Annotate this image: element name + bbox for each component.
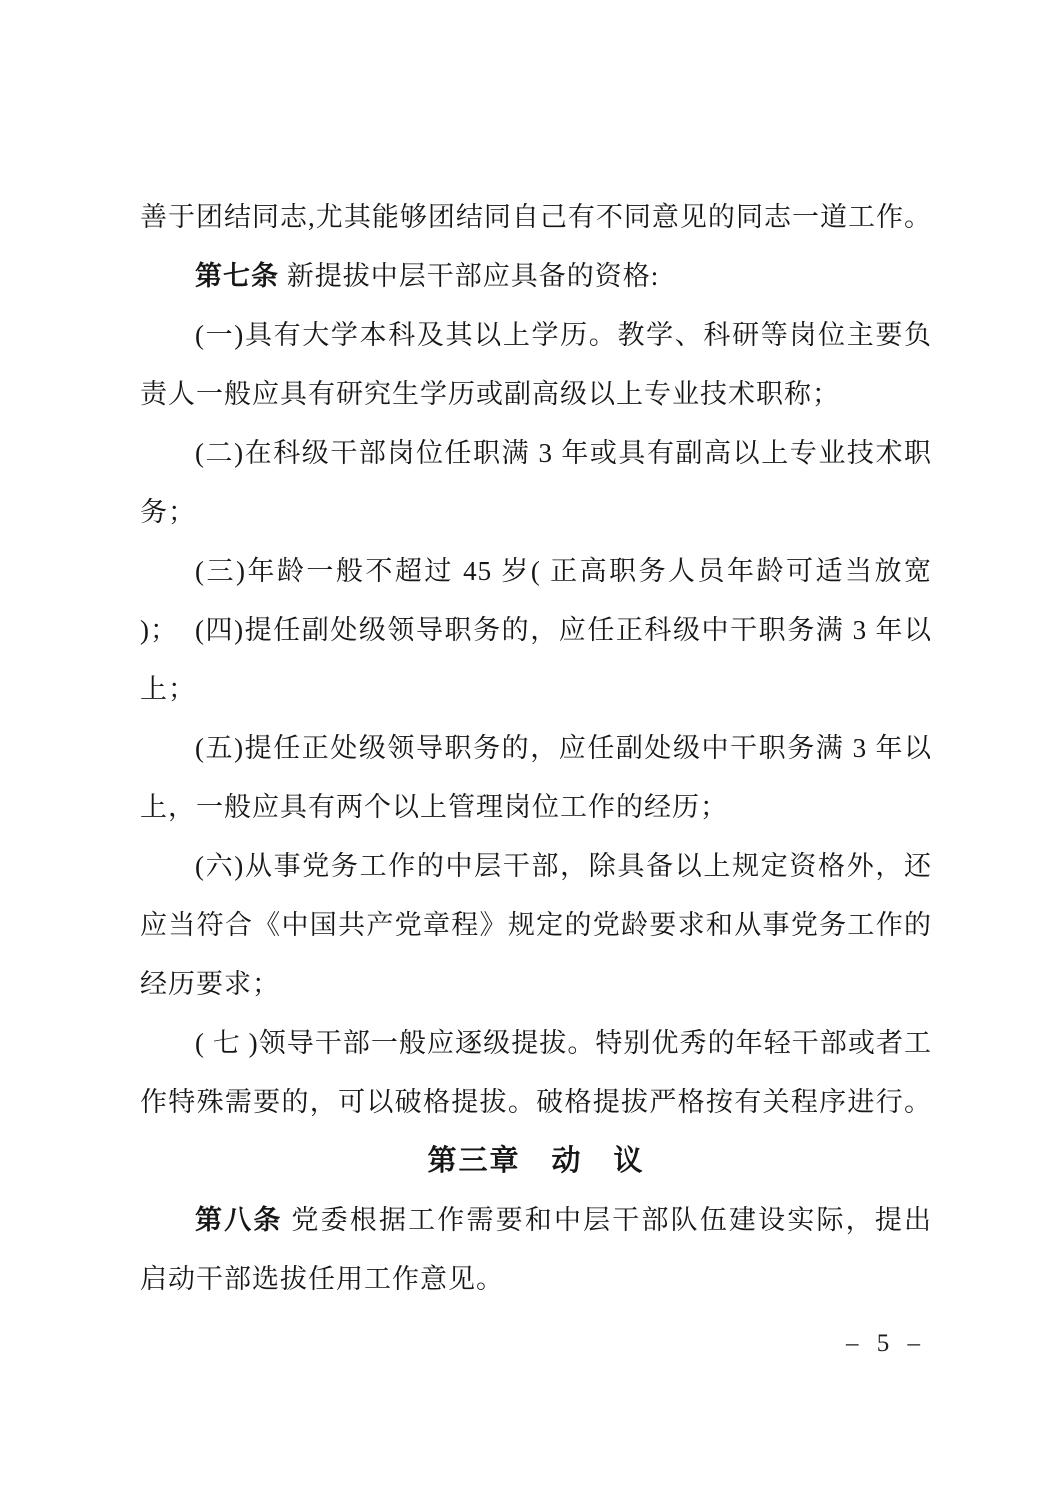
text-line: 作特殊需要的，可以破格提拔。破格提拔严格按有关程序进行。 <box>140 1073 932 1132</box>
text-line: (二)在科级干部岗位任职满 3 年或具有副高以上专业技术职 <box>140 424 932 483</box>
text-line: (一)具有大学本科及其以上学历。教学、科研等岗位主要负 <box>140 306 932 365</box>
text-line: 经历要求； <box>140 955 932 1014</box>
document-page: 善于团结同志,尤其能够团结同自己有不同意见的同志一道工作。第七条 新提拔中层干部… <box>0 0 1054 1491</box>
text-segment: (五)提任正处级领导职务的，应任副处级中干职务满 3 年以 <box>195 733 932 763</box>
text-segment-bold: 第八条 <box>195 1205 283 1235</box>
page-number: – 5 – <box>846 1330 926 1358</box>
text-segment: 新提拔中层干部应具备的资格: <box>279 261 659 291</box>
text-segment: 上； <box>140 674 196 704</box>
text-line: 应当符合《中国共产党章程》规定的党龄要求和从事党务工作的 <box>140 896 932 955</box>
text-line: 第八条 党委根据工作需要和中层干部队伍建设实际，提出 <box>140 1191 932 1250</box>
text-line: 第七条 新提拔中层干部应具备的资格: <box>140 247 932 306</box>
text-segment: (四)提任副处级领导职务的，应任正科级中干职务满 3 年以 <box>195 615 932 645</box>
text-line: 启动干部选拔任用工作意见。 <box>140 1250 932 1309</box>
text-line: (四)提任副处级领导职务的，应任正科级中干职务满 3 年以 <box>140 601 932 660</box>
text-segment-bold: 第七条 <box>195 261 279 291</box>
text-segment: 善于团结同志,尤其能够团结同自己有不同意见的同志一道工作。 <box>140 202 932 232</box>
text-segment: 应当符合《中国共产党章程》规定的党龄要求和从事党务工作的 <box>140 910 932 940</box>
document-body: 善于团结同志,尤其能够团结同自己有不同意见的同志一道工作。第七条 新提拔中层干部… <box>140 188 932 1309</box>
text-segment: 党委根据工作需要和中层干部队伍建设实际，提出 <box>283 1205 933 1235</box>
text-segment: 务； <box>140 497 196 527</box>
text-segment: (六)从事党务工作的中层干部，除具备以上规定资格外，还 <box>195 851 932 881</box>
text-line: 上； <box>140 660 932 719</box>
text-line: ( 七 )领导干部一般应逐级提拔。特别优秀的年轻干部或者工 <box>140 1014 932 1073</box>
text-segment-bold: 第三章 动 议 <box>427 1145 644 1177</box>
text-segment: 启动干部选拔任用工作意见。 <box>140 1264 504 1294</box>
text-line: 责人一般应具有研究生学历或副高级以上专业技术职称； <box>140 365 932 424</box>
text-line: 第三章 动 议 <box>140 1132 932 1191</box>
text-segment: (一)具有大学本科及其以上学历。教学、科研等岗位主要负 <box>195 320 932 350</box>
text-segment: 上，一般应具有两个以上管理岗位工作的经历； <box>140 792 728 822</box>
text-line: (六)从事党务工作的中层干部，除具备以上规定资格外，还 <box>140 837 932 896</box>
text-line: 善于团结同志,尤其能够团结同自己有不同意见的同志一道工作。 <box>140 188 932 247</box>
text-line: (三)年龄一般不超过 45 岁( 正高职务人员年龄可适当放宽 )； <box>140 542 932 601</box>
text-segment: 责人一般应具有研究生学历或副高级以上专业技术职称； <box>140 379 840 409</box>
text-segment: (二)在科级干部岗位任职满 3 年或具有副高以上专业技术职 <box>195 438 932 468</box>
text-segment: 经历要求； <box>140 969 280 999</box>
text-line: 务； <box>140 483 932 542</box>
text-line: (五)提任正处级领导职务的，应任副处级中干职务满 3 年以 <box>140 719 932 778</box>
text-line: 上，一般应具有两个以上管理岗位工作的经历； <box>140 778 932 837</box>
text-segment: ( 七 )领导干部一般应逐级提拔。特别优秀的年轻干部或者工 <box>195 1028 932 1058</box>
text-segment: 作特殊需要的，可以破格提拔。破格提拔严格按有关程序进行。 <box>140 1087 932 1117</box>
